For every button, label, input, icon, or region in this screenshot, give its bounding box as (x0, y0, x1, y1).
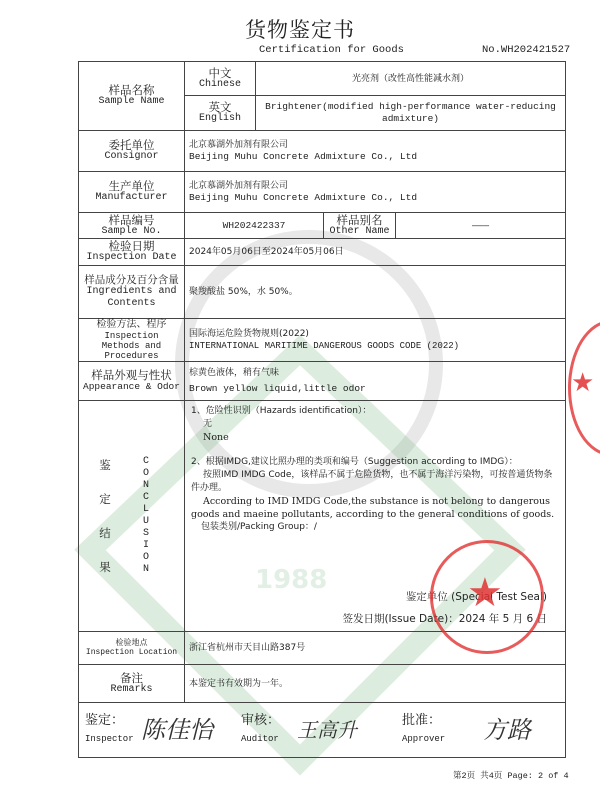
methods-value: 国际海运危险货物规则(2022) INTERNATIONAL MARITIME … (185, 319, 566, 362)
inspection-date-value: 2024年05月06日至2024年05月06日 (185, 239, 566, 266)
conclusion-content: 1、危险性识别（Hazards identification）： 无 None … (185, 401, 566, 632)
seal-label: 鉴定单位 (Special Test Seal) (406, 591, 547, 604)
row-consignor: 委托单位 Consignor 北京慕湖外加剂有限公司 Beijing Muhu … (79, 131, 566, 172)
seam-seal: ★ (568, 320, 600, 456)
sample-no-value: WH202422337 (185, 213, 324, 239)
chinese-label: 中文 Chinese (185, 62, 256, 96)
manufacturer-label: 生产单位 Manufacturer (79, 172, 185, 213)
sample-name-english: Brightener(modified high-performance wat… (256, 96, 566, 131)
row-sample-no: 样品编号 Sample No. WH202422337 样品别名 Other N… (79, 213, 566, 239)
page-number: 第2页 共4页 Page: 2 of 4 (453, 769, 569, 781)
hazards-title: 1、危险性识别（Hazards identification）： (191, 405, 559, 418)
methods-label: 检验方法、程序 Inspection Methods and Procedure… (79, 319, 185, 362)
row-location: 检验地点 Inspection Location 浙江省杭州市天目山路387号 (79, 632, 566, 665)
suggestion-cn: 按照IMD IMDG Code，该样品不属于危险货物，也不属于海洋污染物，可按普… (191, 469, 559, 495)
consignor-value: 北京慕湖外加剂有限公司 Beijing Muhu Concrete Admixt… (185, 131, 566, 172)
row-inspection-date: 检验日期 Inspection Date 2024年05月06日至2024年05… (79, 239, 566, 266)
approver-signature: 方路 (462, 724, 552, 736)
packing-group: 包装类别/Packing Group：/ (191, 521, 559, 534)
inspector-signature: 陈佳怡 (141, 724, 241, 736)
auditor-label: 审核： Auditor (241, 715, 297, 745)
hazards-cn: 无 (191, 418, 559, 431)
sample-name-chinese: 光亮剂（改性高性能减水剂） (256, 62, 566, 96)
remarks-value: 本鉴定书有效期为一年。 (185, 665, 566, 703)
conclusion-label-en: CONCLUSION (131, 456, 161, 576)
appearance-label: 样品外观与性状 Appearance & Odor (79, 362, 185, 401)
document-title: 货物鉴定书 (0, 14, 600, 44)
document-number: No.WH202421527 (482, 44, 570, 56)
hazards-en: None (191, 431, 559, 444)
row-conclusion: 鉴定结果 CONCLUSION 1、危险性识别（Hazards identifi… (79, 401, 566, 632)
ingredients-label: 样品成分及百分含量 Ingredients and Contents (79, 266, 185, 319)
row-signatures: 鉴定： Inspector 陈佳怡 审核： Auditor 王高升 批准： Ap… (79, 703, 566, 758)
row-appearance: 样品外观与性状 Appearance & Odor 棕黄色液体，稍有气味 Bro… (79, 362, 566, 401)
row-methods: 检验方法、程序 Inspection Methods and Procedure… (79, 319, 566, 362)
signatures: 鉴定： Inspector 陈佳怡 审核： Auditor 王高升 批准： Ap… (79, 703, 566, 758)
issue-date: 签发日期(Issue Date)：2024 年 5 月 6 日 (342, 613, 547, 626)
remarks-label: 备注 Remarks (79, 665, 185, 703)
sample-name-label: 样品名称 Sample Name (79, 62, 185, 131)
approver-label: 批准： Approver (402, 715, 462, 745)
inspector-label: 鉴定： Inspector (85, 715, 141, 745)
suggestion-title: 2、根据IMDG,建议比照办理的类项和编号（Suggestion accordi… (191, 456, 559, 469)
manufacturer-value: 北京慕湖外加剂有限公司 Beijing Muhu Concrete Admixt… (185, 172, 566, 213)
row-remarks: 备注 Remarks 本鉴定书有效期为一年。 (79, 665, 566, 703)
conclusion-label-cn: 鉴定结果 (79, 437, 131, 595)
other-name-label: 样品别名 Other Name (324, 213, 396, 239)
suggestion-en: According to IMD IMDG Code,the substance… (191, 495, 559, 521)
certificate-table: 样品名称 Sample Name 中文 Chinese 光亮剂（改性高性能减水剂… (78, 61, 566, 758)
row-sample-name-cn: 样品名称 Sample Name 中文 Chinese 光亮剂（改性高性能减水剂… (79, 62, 566, 96)
conclusion-label: 鉴定结果 CONCLUSION (79, 401, 185, 632)
sample-no-label: 样品编号 Sample No. (79, 213, 185, 239)
appearance-value: 棕黄色液体，稍有气味 Brown yellow liquid,little od… (185, 362, 566, 401)
seam-seal-star-icon: ★ (571, 368, 594, 398)
row-ingredients: 样品成分及百分含量 Ingredients and Contents 聚羧酸盐 … (79, 266, 566, 319)
location-label: 检验地点 Inspection Location (79, 632, 185, 665)
document-subtitle: Certification for Goods (259, 44, 404, 56)
english-label: 英文 English (185, 96, 256, 131)
other-name-value: ——— (396, 213, 566, 239)
auditor-signature: 王高升 (297, 724, 402, 736)
consignor-label: 委托单位 Consignor (79, 131, 185, 172)
inspection-date-label: 检验日期 Inspection Date (79, 239, 185, 266)
ingredients-value: 聚羧酸盐 50%，水 50%。 (185, 266, 566, 319)
location-value: 浙江省杭州市天目山路387号 (185, 632, 566, 665)
row-manufacturer: 生产单位 Manufacturer 北京慕湖外加剂有限公司 Beijing Mu… (79, 172, 566, 213)
